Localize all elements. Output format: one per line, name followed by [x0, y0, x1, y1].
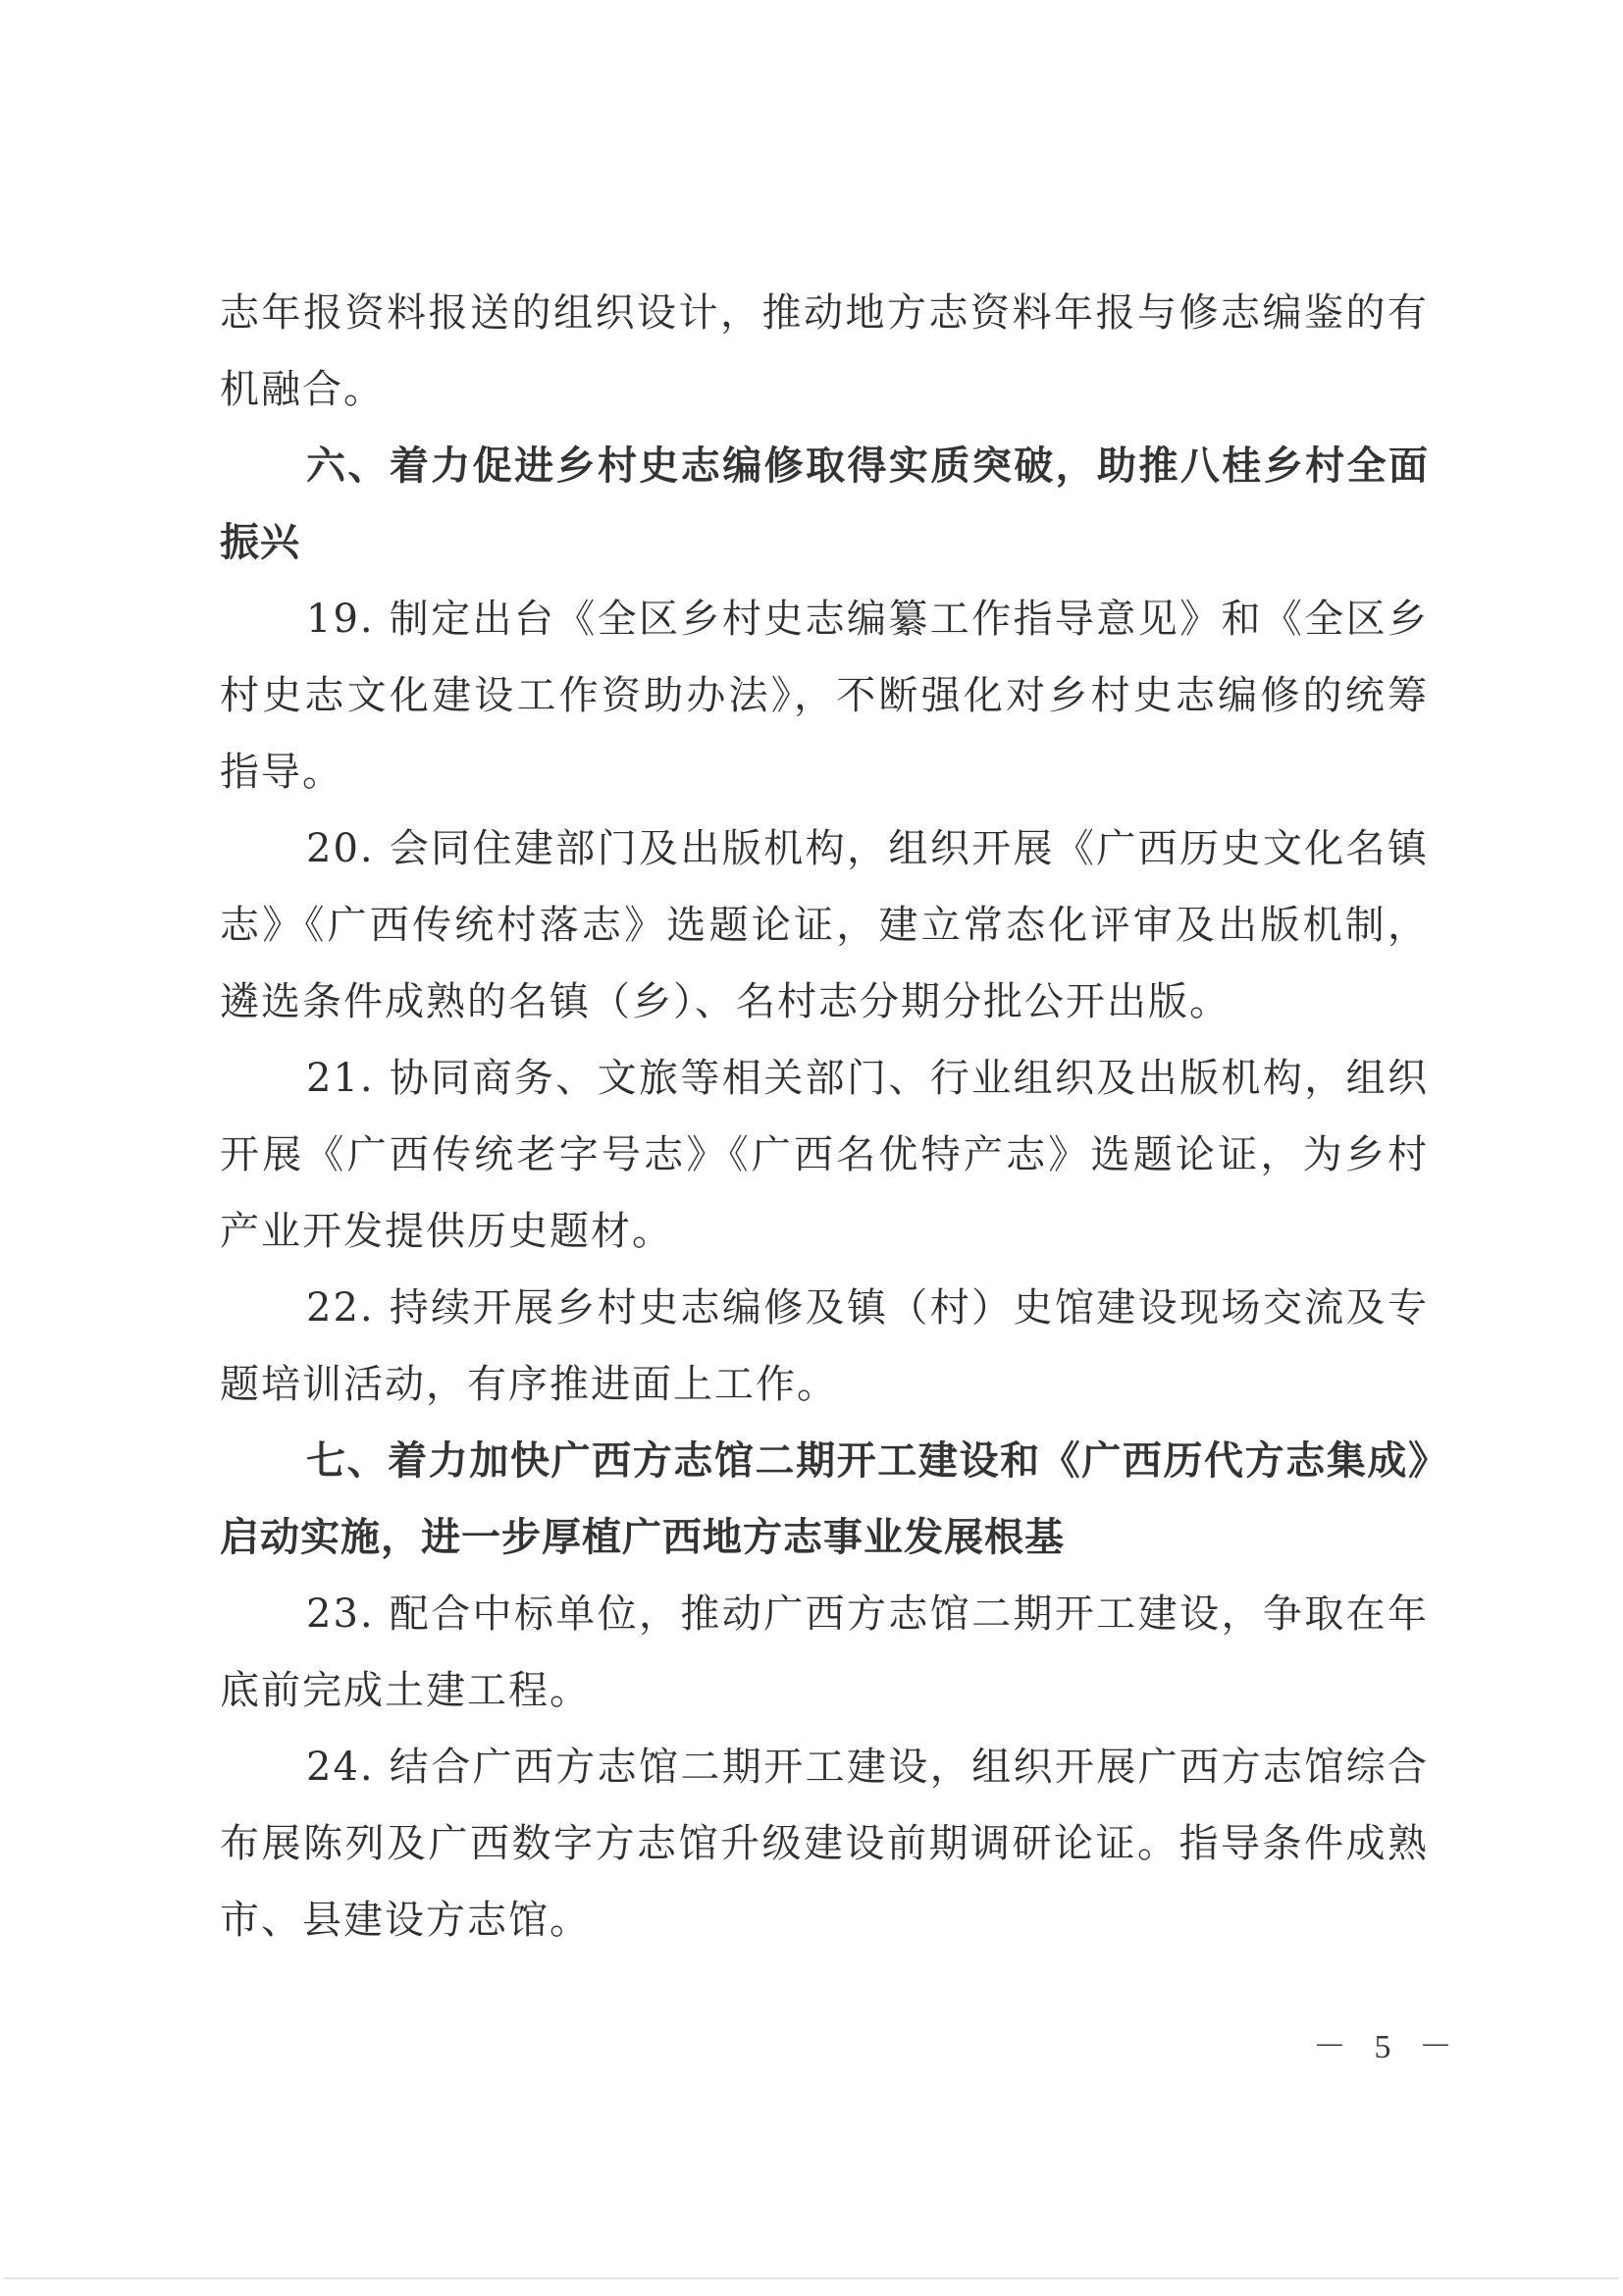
scan-edge-divider	[4, 2277, 1619, 2279]
paragraph-continuation: 志年报资料报送的组织设计，推动地方志资料年报与修志编鉴的有机融合。	[220, 275, 1429, 428]
paragraph-item-22: 22. 持续开展乡村史志编修及镇（村）史馆建设现场交流及专题培训活动，有序推进面…	[220, 1270, 1429, 1423]
document-page-body: 志年报资料报送的组织设计，推动地方志资料年报与修志编鉴的有机融合。 六、着力促进…	[220, 275, 1429, 1958]
page-number: － 5 －	[1313, 2019, 1462, 2067]
paragraph-item-23: 23. 配合中标单位，推动广西方志馆二期开工建设，争取在年底前完成土建工程。	[220, 1576, 1429, 1729]
paragraph-item-24: 24. 结合广西方志馆二期开工建设，组织开展广西方志馆综合布展陈列及广西数字方志…	[220, 1729, 1429, 1958]
section-heading-six: 六、着力促进乡村史志编修取得实质突破，助推八桂乡村全面振兴	[220, 428, 1429, 581]
paragraph-item-20: 20. 会同住建部门及出版机构，组织开展《广西历史文化名镇志》《广西传统村落志》…	[220, 810, 1429, 1040]
paragraph-item-21: 21. 协同商务、文旅等相关部门、行业组织及出版机构，组织开展《广西传统老字号志…	[220, 1040, 1429, 1270]
paragraph-item-19: 19. 制定出台《全区乡村史志编纂工作指导意见》和《全区乡村史志文化建设工作资助…	[220, 581, 1429, 810]
section-heading-seven: 七、着力加快广西方志馆二期开工建设和《广西历代方志集成》启动实施，进一步厚植广西…	[220, 1423, 1429, 1576]
